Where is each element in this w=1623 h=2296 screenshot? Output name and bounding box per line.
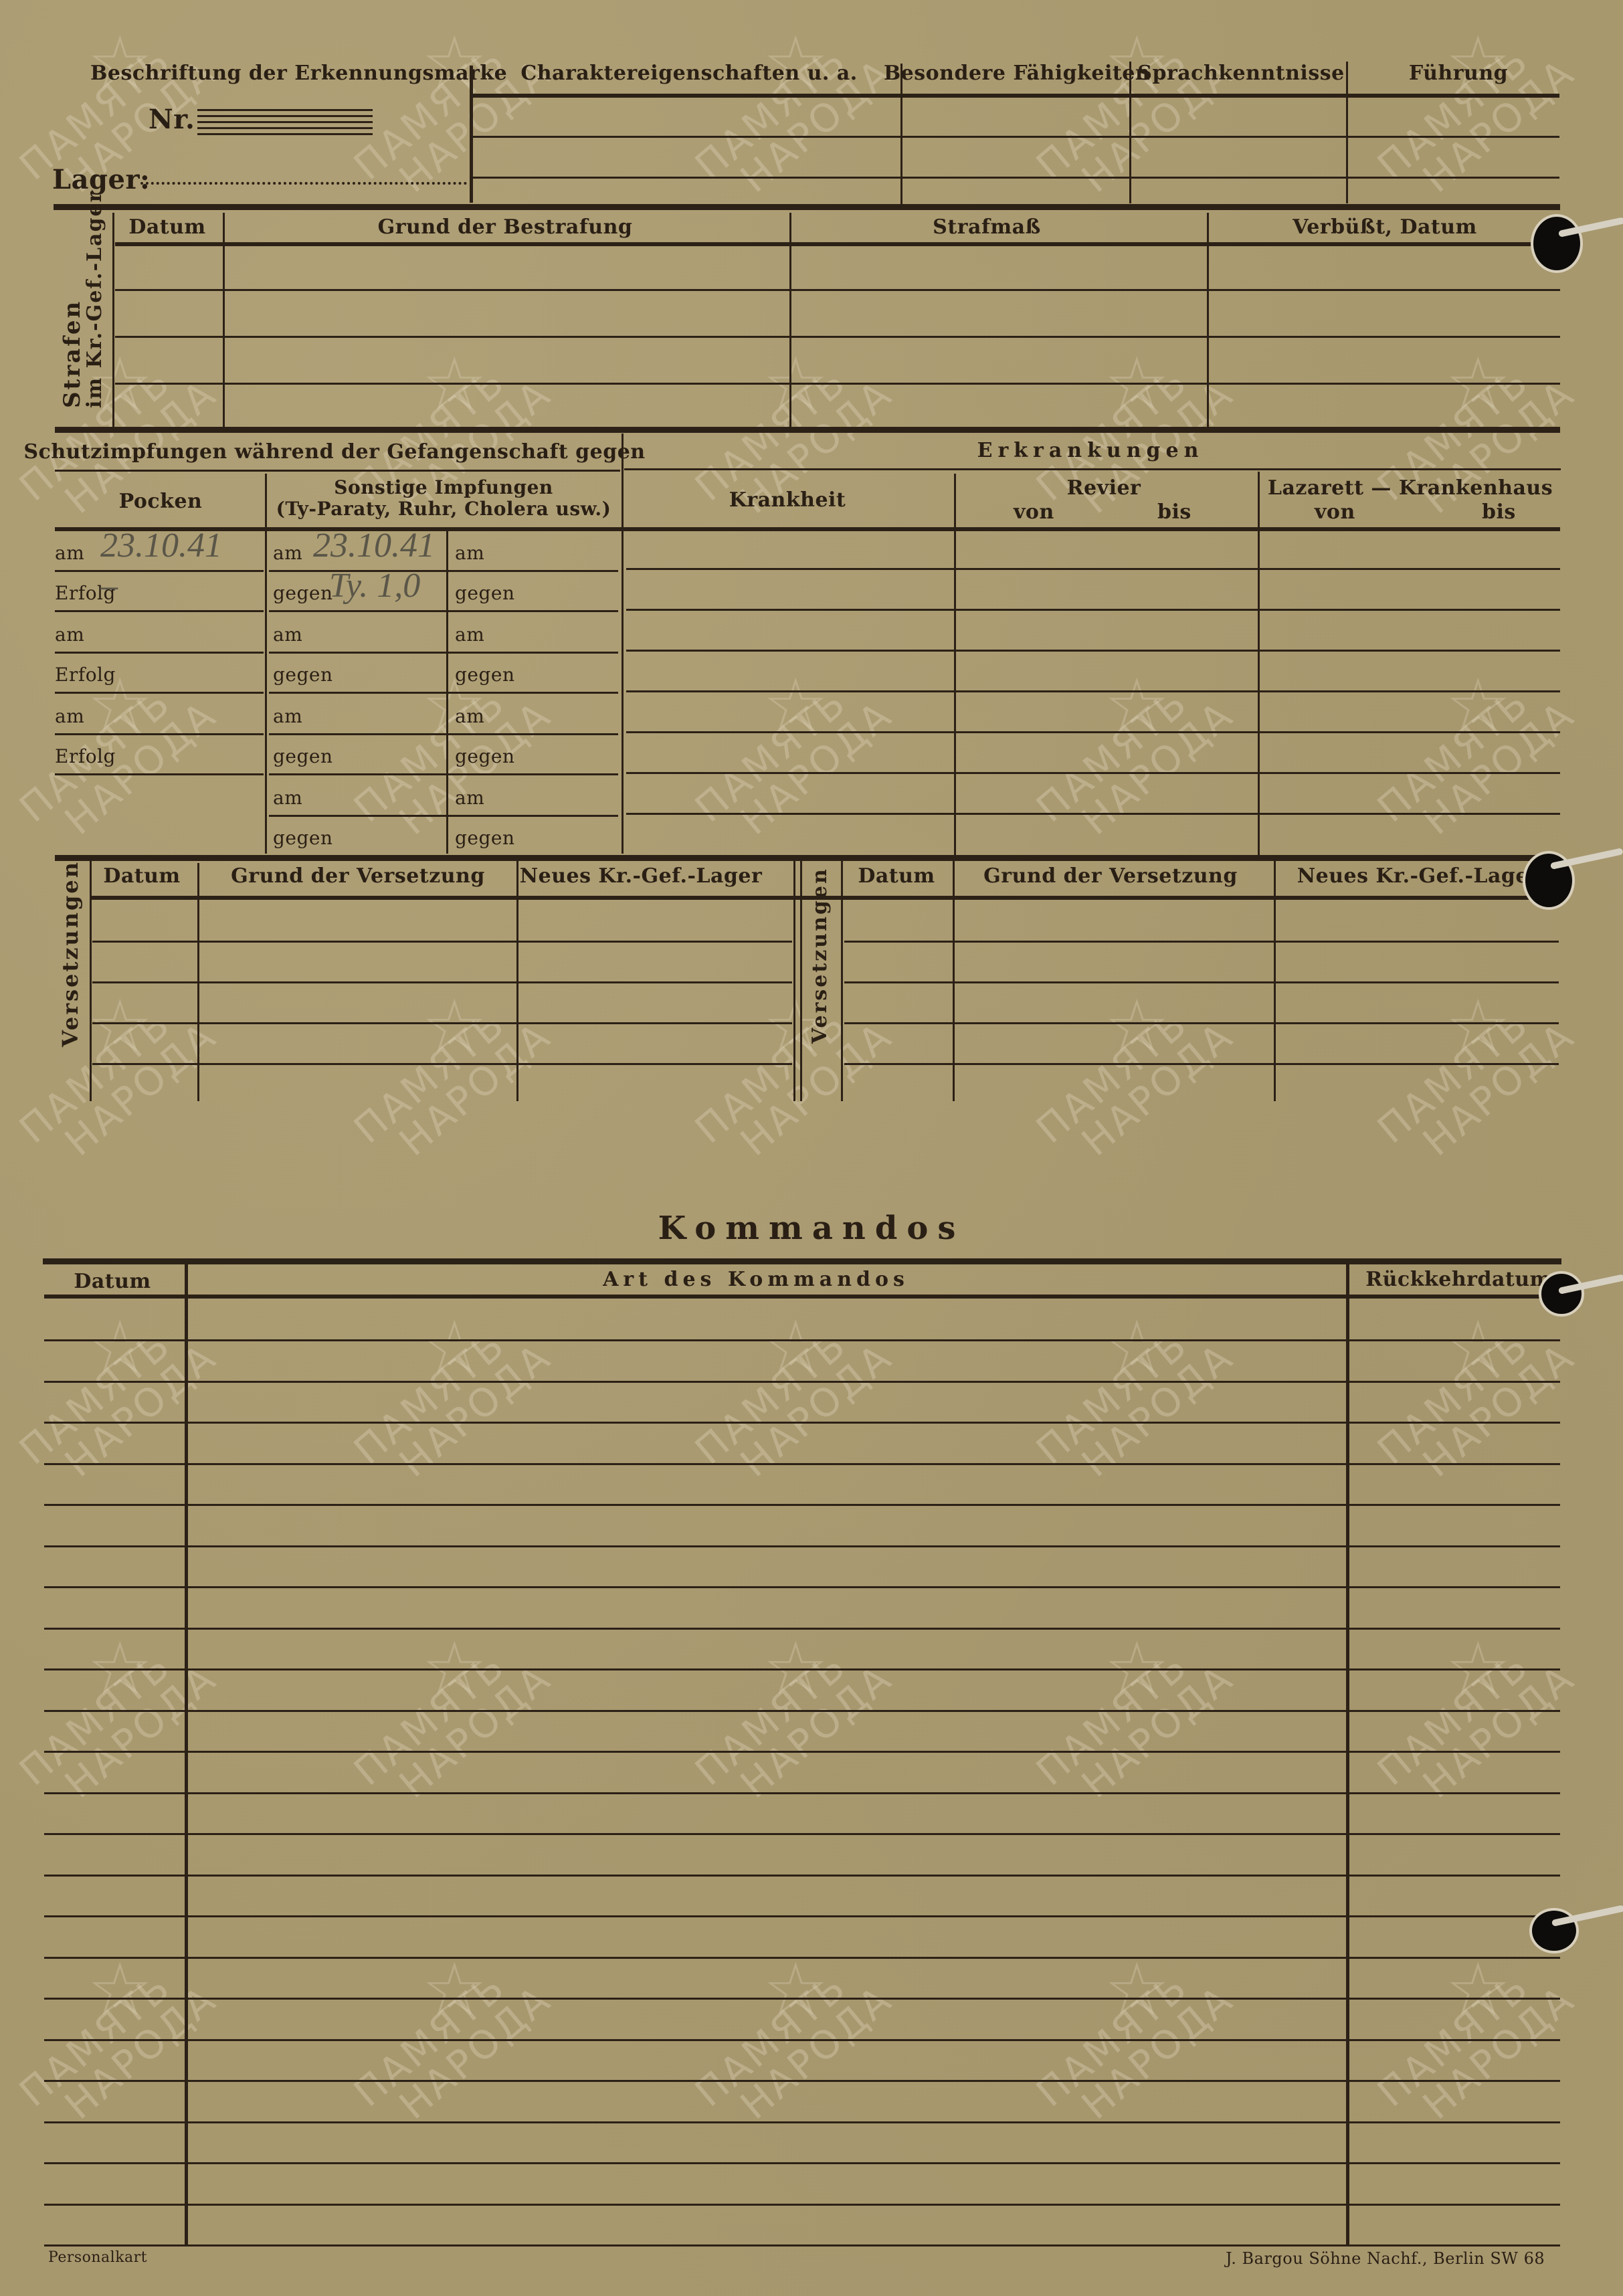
- star-icon: ☆: [1104, 983, 1170, 1069]
- kommando-datum-cell[interactable]: [47, 1506, 181, 1543]
- row-rule: [44, 2244, 1560, 2246]
- am-label: am: [273, 705, 302, 727]
- kommando-art-cell[interactable]: [191, 1917, 1342, 1954]
- kommando-art-cell[interactable]: [191, 1465, 1342, 1502]
- divider: [470, 66, 473, 203]
- krankheit-cell[interactable]: [626, 735, 953, 773]
- col-header: Strafmaß: [933, 215, 1041, 239]
- kommando-art-cell[interactable]: [191, 2206, 1342, 2242]
- kommando-rueckkehr-cell[interactable]: [1353, 1588, 1557, 1625]
- kommando-art-cell[interactable]: [191, 1301, 1342, 1337]
- am-label: am: [455, 624, 484, 646]
- kommando-rueckkehr-cell[interactable]: [1353, 2206, 1557, 2242]
- divider: [622, 434, 624, 854]
- col-header: Neues Kr.-Gef.-Lager: [520, 864, 763, 888]
- col-header: Verbüßt, Datum: [1293, 215, 1477, 239]
- strafen-side-label-2: im Kr.-Gef.-Lager: [83, 191, 106, 408]
- kommando-datum-cell[interactable]: [47, 1835, 181, 1872]
- col-header: Führung: [1409, 62, 1508, 85]
- section-rule: [54, 204, 1560, 210]
- krankheit-cell[interactable]: [626, 613, 953, 650]
- row-rule: [92, 981, 792, 983]
- kommando-datum-cell[interactable]: [47, 1753, 181, 1790]
- versetzungen-side-label-right: Versetzungen: [808, 867, 832, 1044]
- section-rule: [55, 427, 1560, 433]
- sonstige-am1-value[interactable]: 23.10.41: [313, 526, 435, 565]
- col-header: Grund der Versetzung: [983, 864, 1238, 888]
- col-header: Datum: [128, 215, 205, 239]
- kommando-art-cell[interactable]: [191, 2082, 1342, 2119]
- kommando-datum-cell[interactable]: [47, 1301, 181, 1337]
- kommando-art-cell[interactable]: [191, 2000, 1342, 2036]
- kommando-datum-cell[interactable]: [47, 1630, 181, 1666]
- revier-bis-label: bis: [1157, 500, 1191, 524]
- kommando-rueckkehr-cell[interactable]: [1353, 1670, 1557, 1707]
- krankheit-cell[interactable]: [626, 572, 953, 609]
- lazarett-von-label: von: [1315, 500, 1355, 524]
- gegen-label: gegen: [455, 745, 515, 767]
- am-label: am: [455, 787, 484, 809]
- kommando-rueckkehr-cell[interactable]: [1353, 1877, 1557, 1913]
- am-label: am: [273, 787, 302, 809]
- row-rule: [269, 610, 618, 612]
- erfolg-label: Erfolg: [55, 745, 116, 767]
- kommando-datum-cell[interactable]: [47, 2164, 181, 2201]
- col-header: Grund der Bestrafung: [378, 215, 633, 239]
- gegen-label: gegen: [455, 582, 515, 604]
- kommandos-title: Kommandos: [658, 1210, 965, 1247]
- nr-line: [197, 109, 373, 111]
- kommando-art-cell[interactable]: [191, 1794, 1342, 1831]
- header-rule: [472, 94, 1559, 98]
- strafen-side-label: Strafen: [59, 300, 86, 408]
- col-header: Sprachkenntnisse: [1137, 62, 1344, 85]
- kommando-rueckkehr-cell[interactable]: [1353, 1753, 1557, 1790]
- divider: [112, 213, 114, 428]
- gegen-label: gegen: [455, 664, 515, 686]
- divider: [1129, 62, 1131, 203]
- kommando-art-cell[interactable]: [191, 1835, 1342, 1872]
- star-icon: ☆: [1445, 662, 1511, 748]
- kommando-datum-cell[interactable]: [47, 1959, 181, 1996]
- divider: [1346, 62, 1348, 203]
- kommando-datum-cell[interactable]: [47, 2082, 181, 2119]
- krankheit-cell[interactable]: [626, 654, 953, 691]
- pocken-erfolg-value[interactable]: –: [100, 566, 118, 605]
- punch-hole-icon: [1529, 1908, 1579, 1953]
- row-rule: [92, 1022, 792, 1024]
- star-icon: ☆: [87, 983, 153, 1069]
- star-icon: ☆: [1104, 662, 1170, 748]
- lazarett-label: Lazarett — Krankenhaus: [1268, 476, 1553, 500]
- col-header: Art des Kommandos: [603, 1268, 909, 1291]
- kommando-art-cell[interactable]: [191, 1341, 1342, 1378]
- gegen-label: gegen: [273, 582, 333, 604]
- row-rule: [92, 1063, 792, 1065]
- kommando-rueckkehr-cell[interactable]: [1353, 2082, 1557, 2119]
- kommando-rueckkehr-cell[interactable]: [1353, 1959, 1557, 1996]
- kommando-art-cell[interactable]: [191, 1547, 1342, 1584]
- kommando-datum-cell[interactable]: [47, 1424, 181, 1460]
- row-rule: [55, 652, 264, 654]
- row-rule: [115, 336, 1560, 338]
- lazarett-bis-label: bis: [1482, 500, 1516, 524]
- row-rule: [115, 383, 1560, 385]
- erkennungsmarke-label: Beschriftung der Erkennungsmarke: [90, 62, 507, 85]
- header-rule: [115, 242, 1560, 246]
- kommando-datum-cell[interactable]: [47, 2000, 181, 2036]
- kommando-datum-cell[interactable]: [47, 1712, 181, 1749]
- footer-printer: J. Bargou Söhne Nachf., Berlin SW 68: [1226, 2249, 1545, 2268]
- kommando-rueckkehr-cell[interactable]: [1353, 1547, 1557, 1584]
- kommando-datum-cell[interactable]: [47, 1588, 181, 1625]
- divider: [1346, 1263, 1349, 2245]
- row-rule: [844, 941, 1559, 943]
- versetzungen-side-label: Versetzungen: [58, 860, 83, 1047]
- impfungen-title: Schutzimpfungen während der Gefangenscha…: [23, 440, 645, 464]
- kommando-rueckkehr-cell[interactable]: [1353, 1506, 1557, 1543]
- kommando-rueckkehr-cell[interactable]: [1353, 1424, 1557, 1460]
- am-label: am: [455, 542, 484, 564]
- kommando-datum-cell[interactable]: [47, 1917, 181, 1954]
- divider: [793, 856, 795, 1101]
- kommando-rueckkehr-cell[interactable]: [1353, 1712, 1557, 1749]
- revier-von-label: von: [1014, 500, 1054, 524]
- kommando-art-cell[interactable]: [191, 1588, 1342, 1625]
- revier-label: Revier: [1067, 476, 1141, 500]
- row-rule: [55, 570, 264, 572]
- row-rule: [624, 468, 1561, 470]
- nr-line: [197, 127, 373, 129]
- kommando-datum-cell[interactable]: [47, 1670, 181, 1707]
- nr-line: [197, 115, 373, 117]
- row-rule: [472, 177, 1559, 179]
- kommando-datum-cell[interactable]: [47, 1383, 181, 1420]
- row-rule: [92, 941, 792, 943]
- krankheit-cell[interactable]: [626, 694, 953, 732]
- divider: [1258, 472, 1260, 855]
- row-rule: [115, 289, 1560, 291]
- row-rule: [55, 610, 264, 612]
- star-icon: ☆: [1445, 983, 1511, 1069]
- kommando-art-cell[interactable]: [191, 1959, 1342, 1996]
- row-rule: [269, 815, 618, 817]
- row-rule: [844, 1022, 1559, 1024]
- nr-label: Nr.: [149, 104, 195, 135]
- kommando-art-cell[interactable]: [191, 2041, 1342, 2078]
- kommando-datum-cell[interactable]: [47, 1794, 181, 1831]
- section-rule: [55, 855, 1560, 861]
- kommando-datum-cell[interactable]: [47, 1877, 181, 1913]
- gegen-label: gegen: [273, 827, 333, 849]
- kommando-rueckkehr-cell[interactable]: [1353, 1835, 1557, 1872]
- am-label: am: [55, 705, 84, 727]
- pocken-am-value[interactable]: 23.10.41: [100, 526, 222, 565]
- kommando-art-cell[interactable]: [191, 1506, 1342, 1543]
- col-header: Datum: [74, 1270, 151, 1293]
- divider: [185, 1263, 188, 2245]
- kommando-rueckkehr-cell[interactable]: [1353, 1794, 1557, 1831]
- row-rule: [55, 733, 264, 735]
- col-header: Grund der Versetzung: [231, 864, 485, 888]
- krankheit-cell[interactable]: [626, 531, 953, 569]
- row-rule: [55, 773, 264, 775]
- kommando-rueckkehr-cell[interactable]: [1353, 1341, 1557, 1378]
- kommando-datum-cell[interactable]: [47, 2041, 181, 2078]
- am-label: am: [455, 705, 484, 727]
- kommando-rueckkehr-cell[interactable]: [1353, 1917, 1557, 1954]
- gegen-label: gegen: [455, 827, 515, 849]
- row-rule: [55, 692, 264, 694]
- row-rule: [472, 136, 1559, 138]
- star-icon: ☆: [421, 983, 488, 1069]
- row-rule: [844, 981, 1559, 983]
- col-header: Charaktereigenschaften u. a.: [520, 62, 857, 85]
- col-header: Datum: [858, 864, 935, 888]
- am-label: am: [55, 542, 84, 564]
- punch-hole-icon: [1531, 214, 1583, 273]
- kommando-rueckkehr-cell[interactable]: [1353, 1301, 1557, 1337]
- col-header: Rückkehrdatum: [1365, 1268, 1551, 1291]
- kommando-datum-cell[interactable]: [47, 2206, 181, 2242]
- header-rule: [44, 1295, 1560, 1299]
- sonstige-label: Sonstige Impfungen: [334, 476, 553, 498]
- kommando-datum-cell[interactable]: [47, 1341, 181, 1378]
- krankheit-cell[interactable]: [626, 817, 953, 854]
- row-rule: [844, 1063, 1559, 1065]
- am-label: am: [273, 542, 302, 564]
- kommando-rueckkehr-cell[interactable]: [1353, 1383, 1557, 1420]
- kommando-datum-cell[interactable]: [47, 1465, 181, 1502]
- row-rule: [269, 692, 618, 694]
- col-header: Besondere Fähigkeiten: [884, 62, 1150, 85]
- kommando-art-cell[interactable]: [191, 1424, 1342, 1460]
- pocken-label: Pocken: [119, 490, 203, 513]
- kommando-rueckkehr-cell[interactable]: [1353, 2000, 1557, 2036]
- nr-line: [197, 121, 373, 123]
- sonstige-sub-label: (Ty-Paraty, Ruhr, Cholera usw.): [276, 498, 611, 520]
- kommando-art-cell[interactable]: [191, 2164, 1342, 2201]
- kommando-rueckkehr-cell[interactable]: [1353, 1465, 1557, 1502]
- kommando-rueckkehr-cell[interactable]: [1353, 1630, 1557, 1666]
- header-rule: [92, 896, 1560, 900]
- nr-line: [197, 133, 373, 135]
- row-rule: [269, 570, 618, 572]
- divider: [954, 474, 956, 855]
- row-rule: [269, 733, 618, 735]
- kommando-art-cell[interactable]: [191, 2123, 1342, 2160]
- row-rule: [55, 470, 620, 472]
- kommando-datum-cell[interactable]: [47, 2123, 181, 2160]
- kommando-rueckkehr-cell[interactable]: [1353, 2164, 1557, 2201]
- gegen-label: gegen: [273, 745, 333, 767]
- footer-form-name: Personalkart: [48, 2249, 147, 2266]
- gegen-label: gegen: [273, 664, 333, 686]
- kommando-art-cell[interactable]: [191, 1753, 1342, 1790]
- kommando-art-cell[interactable]: [191, 1712, 1342, 1749]
- lager-field[interactable]: [140, 182, 467, 185]
- erkrankungen-title: Erkrankungen: [977, 439, 1204, 462]
- row-rule: [269, 773, 618, 775]
- krankheit-label: Krankheit: [729, 488, 846, 512]
- kommando-art-cell[interactable]: [191, 1877, 1342, 1913]
- kommando-datum-cell[interactable]: [47, 1547, 181, 1584]
- krankheit-cell[interactable]: [626, 776, 953, 814]
- col-header: Datum: [103, 864, 180, 888]
- kommando-art-cell[interactable]: [191, 1630, 1342, 1666]
- am-label: am: [55, 624, 84, 646]
- erfolg-label: Erfolg: [55, 664, 116, 686]
- kommando-art-cell[interactable]: [191, 1670, 1342, 1707]
- col-header: Neues Kr.-Gef.-Lager: [1297, 864, 1540, 888]
- am-label: am: [273, 624, 302, 646]
- sonstige-gegen1-value[interactable]: Ty. 1,0: [329, 566, 420, 605]
- kommando-rueckkehr-cell[interactable]: [1353, 2123, 1557, 2160]
- kommando-rueckkehr-cell[interactable]: [1353, 2041, 1557, 2078]
- kommando-art-cell[interactable]: [191, 1383, 1342, 1420]
- section-rule: [43, 1258, 1561, 1264]
- row-rule: [269, 652, 618, 654]
